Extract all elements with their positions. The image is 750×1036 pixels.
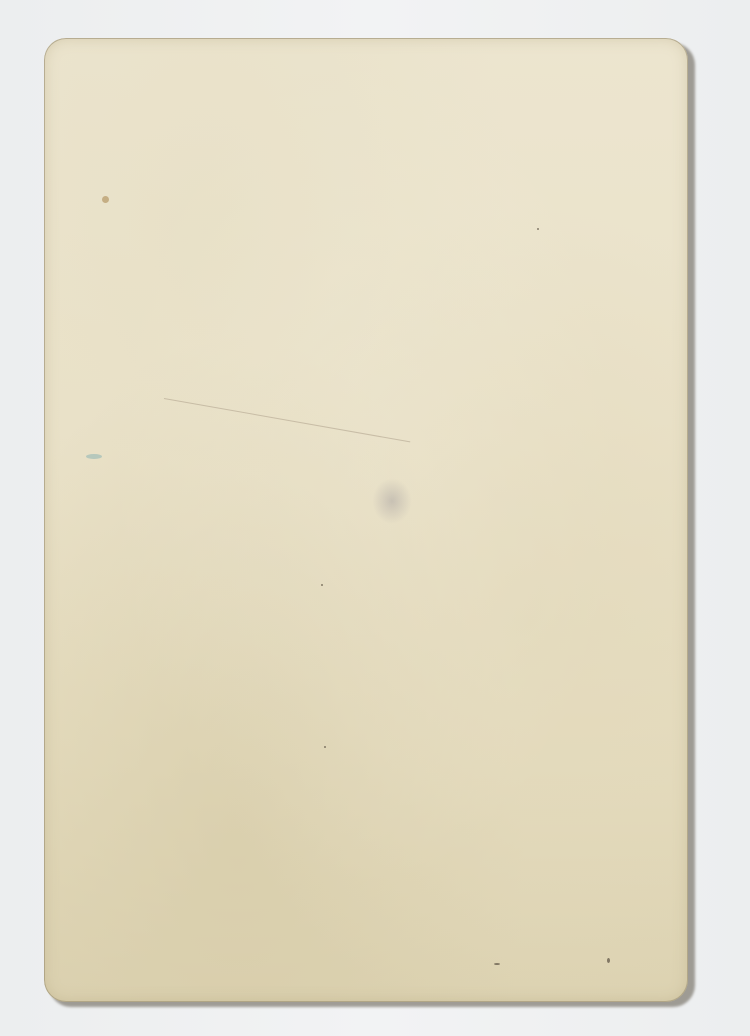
blank-card-back	[44, 38, 688, 1002]
speck	[321, 584, 323, 586]
foxing-spot	[102, 196, 109, 203]
faint-scratch	[164, 398, 410, 442]
speck	[607, 958, 610, 963]
center-smudge	[372, 478, 412, 524]
blue-ink-mark	[86, 454, 102, 459]
speck	[324, 746, 326, 748]
speck	[537, 228, 539, 230]
speck	[494, 963, 500, 965]
